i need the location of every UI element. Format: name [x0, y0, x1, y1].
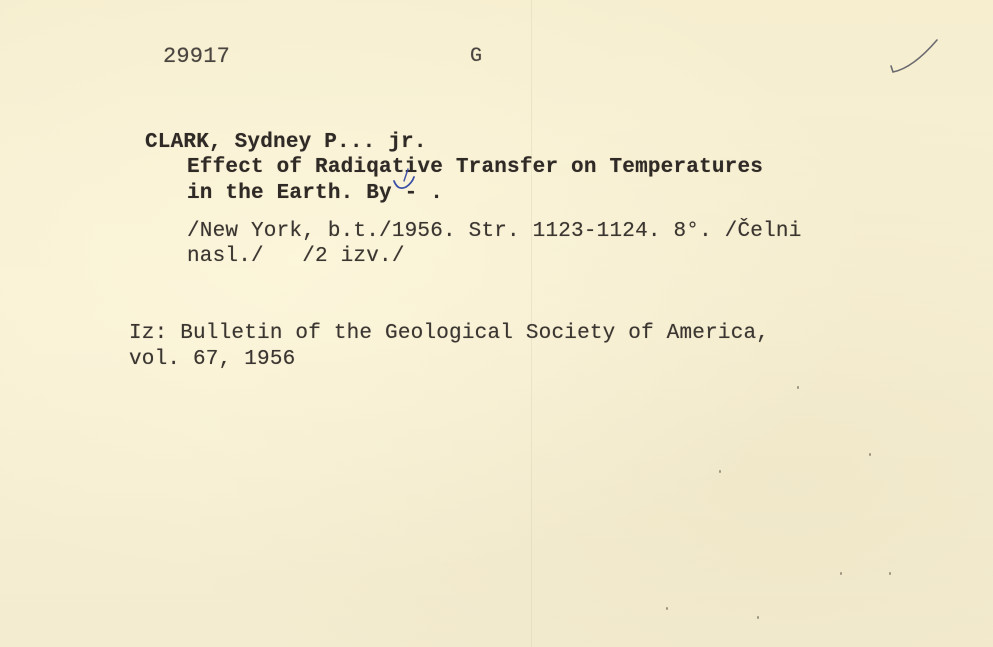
imprint-line-1: /New York, b.t./1956. Str. 1123-1124. 8°…	[187, 220, 802, 244]
imprint-line-2: nasl./ /2 izv./	[187, 245, 405, 269]
author-heading: CLARK, Sydney P... jr.	[145, 131, 427, 155]
paper-speck	[719, 470, 721, 473]
paper-speck	[840, 572, 842, 575]
paper-speck	[869, 453, 871, 456]
source-line-1: Iz: Bulletin of the Geological Society o…	[129, 322, 769, 346]
catalog-card: 29917 G CLARK, Sydney P... jr. Effect of…	[0, 0, 993, 647]
correction-mark-icon	[390, 165, 420, 195]
source-line-2: vol. 67, 1956	[129, 348, 295, 372]
paper-speck	[797, 386, 799, 389]
paper-speck	[757, 616, 759, 619]
accession-number: 29917	[163, 45, 230, 69]
checkmark-icon	[885, 30, 945, 80]
title-line-1: Effect of Radiqative Transfer on Tempera…	[187, 156, 763, 180]
classmark: G	[470, 45, 482, 69]
paper-speck	[889, 572, 891, 575]
paper-speck	[666, 607, 668, 610]
